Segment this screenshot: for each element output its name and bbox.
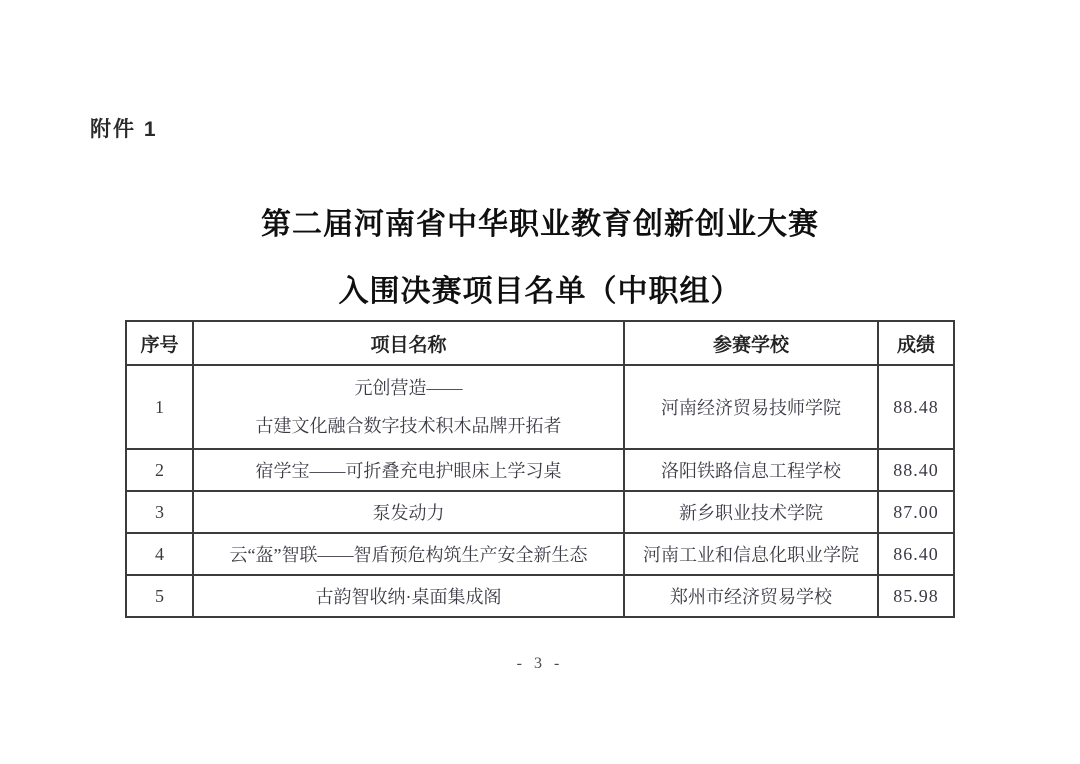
cell-no: 2	[126, 449, 193, 491]
cell-no: 4	[126, 533, 193, 575]
col-header-school: 参赛学校	[624, 321, 878, 365]
cell-score: 87.00	[878, 491, 954, 533]
cell-project: 古韵智收纳·桌面集成阁	[193, 575, 624, 617]
project-name-line2: 古建文化融合数字技术积木品牌开拓者	[194, 407, 623, 445]
cell-score: 86.40	[878, 533, 954, 575]
col-header-score: 成绩	[878, 321, 954, 365]
col-header-project: 项目名称	[193, 321, 624, 365]
table-row: 2 宿学宝——可折叠充电护眼床上学习桌 洛阳铁路信息工程学校 88.40	[126, 449, 954, 491]
cell-school: 洛阳铁路信息工程学校	[624, 449, 878, 491]
cell-project: 元创营造—— 古建文化融合数字技术积木品牌开拓者	[193, 365, 624, 449]
cell-no: 3	[126, 491, 193, 533]
table-row: 3 泵发动力 新乡职业技术学院 87.00	[126, 491, 954, 533]
table-row: 1 元创营造—— 古建文化融合数字技术积木品牌开拓者 河南经济贸易技师学院 88…	[126, 365, 954, 449]
project-name-line1: 元创营造——	[194, 369, 623, 407]
attachment-label: 附件 1	[90, 113, 158, 143]
page-number: - 3 -	[0, 655, 1080, 673]
document-title-line2: 入围决赛项目名单（中职组）	[0, 266, 1080, 310]
table-row: 5 古韵智收纳·桌面集成阁 郑州市经济贸易学校 85.98	[126, 575, 954, 617]
cell-school: 河南工业和信息化职业学院	[624, 533, 878, 575]
cell-no: 5	[126, 575, 193, 617]
document-title-line1: 第二届河南省中华职业教育创新创业大赛	[0, 199, 1080, 243]
cell-project: 宿学宝——可折叠充电护眼床上学习桌	[193, 449, 624, 491]
cell-project: 云“盔”智联——智盾预危构筑生产安全新生态	[193, 533, 624, 575]
project-name: 元创营造—— 古建文化融合数字技术积木品牌开拓者	[194, 369, 623, 445]
cell-school: 河南经济贸易技师学院	[624, 365, 878, 449]
cell-project: 泵发动力	[193, 491, 624, 533]
table-header-row: 序号 项目名称 参赛学校 成绩	[126, 321, 954, 365]
cell-school: 新乡职业技术学院	[624, 491, 878, 533]
table-row: 4 云“盔”智联——智盾预危构筑生产安全新生态 河南工业和信息化职业学院 86.…	[126, 533, 954, 575]
cell-school: 郑州市经济贸易学校	[624, 575, 878, 617]
document-page: 附件 1 第二届河南省中华职业教育创新创业大赛 入围决赛项目名单（中职组） 序号…	[0, 0, 1080, 764]
cell-score: 85.98	[878, 575, 954, 617]
cell-score: 88.48	[878, 365, 954, 449]
cell-score: 88.40	[878, 449, 954, 491]
cell-no: 1	[126, 365, 193, 449]
results-table: 序号 项目名称 参赛学校 成绩 1 元创营造—— 古建文化融合数字技术积木品牌开…	[125, 320, 955, 618]
col-header-no: 序号	[126, 321, 193, 365]
